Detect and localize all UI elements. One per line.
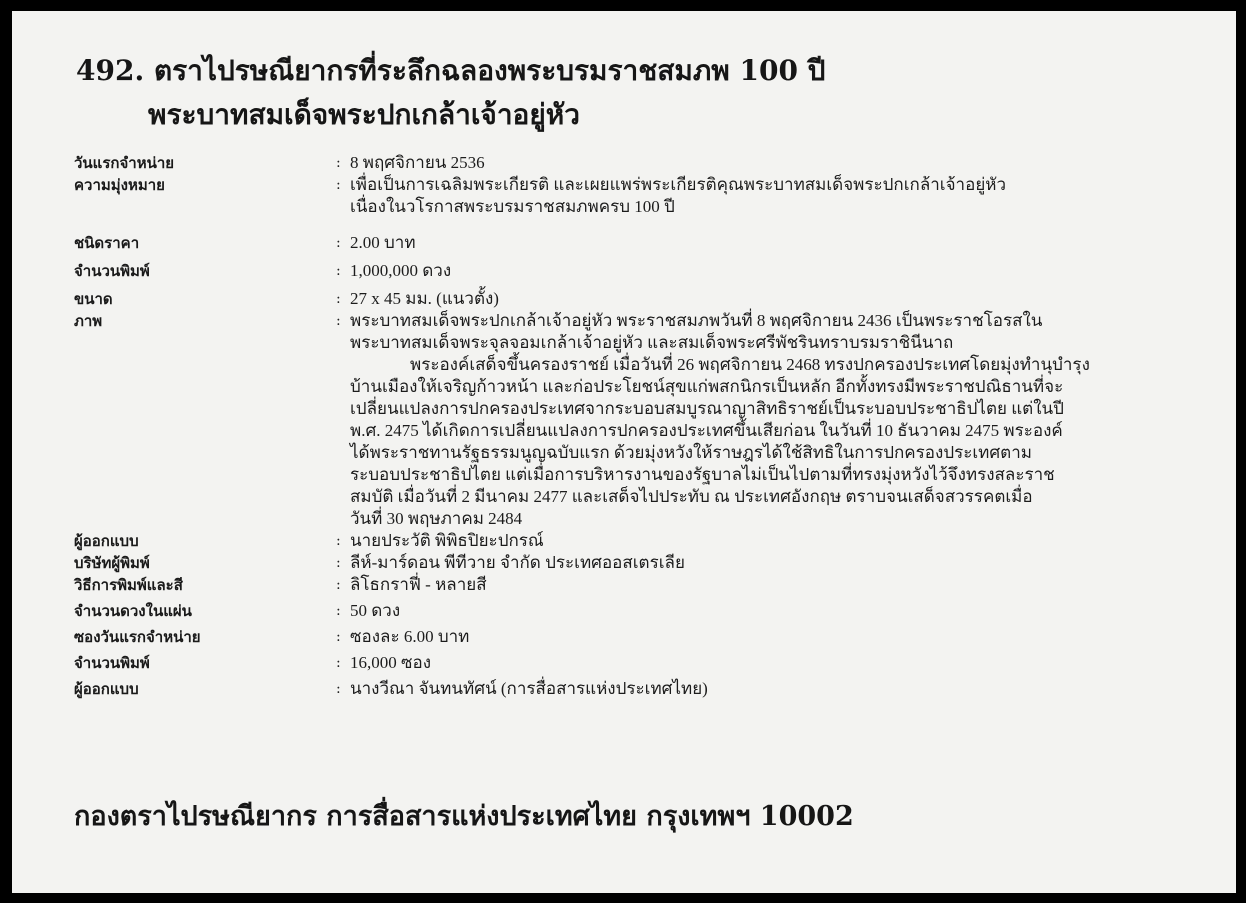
value-line: ได้พระราชทานรัฐธรรมนูญฉบับแรก ด้วยมุ่งหว… — [350, 442, 1194, 464]
field-value: ซองละ 6.00 บาท — [350, 626, 1194, 648]
field-label: ภาพ — [74, 310, 336, 332]
field-separator: : — [336, 678, 350, 700]
value-line: สมบัติ เมื่อวันที่ 2 มีนาคม 2477 และเสด็… — [350, 486, 1194, 508]
value-line: พ.ศ. 2475 ได้เกิดการเปลี่ยนแปลงการปกครอง… — [350, 420, 1194, 442]
field-label: ความมุ่งหมาย — [74, 174, 336, 196]
value-line: ลิโธกราฟี่ - หลายสี — [350, 574, 1194, 596]
value-line: พระบาทสมเด็จพระปกเกล้าเจ้าอยู่หัว พระราช… — [350, 310, 1194, 332]
value-line: วันที่ 30 พฤษภาคม 2484 — [350, 508, 1194, 530]
field-designer: ผู้ออกแบบ : นายประวัติ พิพิธปิยะปกรณ์ — [74, 530, 1194, 552]
field-value: 2.00 บาท — [350, 232, 1194, 254]
field-separator: : — [336, 652, 350, 674]
field-separator: : — [336, 232, 350, 254]
field-label: วิธีการพิมพ์และสี — [74, 574, 336, 596]
field-value: ลิโธกราฟี่ - หลายสี — [350, 574, 1194, 596]
value-line: บ้านเมืองให้เจริญก้าวหน้า และก่อประโยชน์… — [350, 376, 1194, 398]
field-label: ผู้ออกแบบ — [74, 530, 336, 552]
field-label: ผู้ออกแบบ — [74, 678, 336, 700]
value-line: 50 ดวง — [350, 600, 1194, 622]
field-separator: : — [336, 626, 350, 648]
field-separator: : — [336, 288, 350, 310]
value-line: ระบอบประชาธิปไตย แต่เมื่อการบริหารงานของ… — [350, 464, 1194, 486]
value-line: 1,000,000 ดวง — [350, 260, 1194, 282]
value-line: 2.00 บาท — [350, 232, 1194, 254]
field-value: นายประวัติ พิพิธปิยะปกรณ์ — [350, 530, 1194, 552]
field-separator: : — [336, 152, 350, 174]
title-line-2: พระบาทสมเด็จพระปกเกล้าเจ้าอยู่หัว — [76, 93, 825, 137]
field-label: จำนวนพิมพ์ — [74, 652, 336, 674]
value-line: 27 x 45 มม. (แนวตั้ง) — [350, 288, 1194, 310]
value-line: 8 พฤศจิกายน 2536 — [350, 152, 1194, 174]
publisher-footer: กองตราไปรษณียากร การสื่อสารแห่งประเทศไทย… — [74, 797, 854, 837]
field-value: ลีห์-มาร์ดอน พีทีวาย จำกัด ประเทศออสเตรเ… — [350, 552, 1194, 574]
value-line: นายประวัติ พิพิธปิยะปกรณ์ — [350, 530, 1194, 552]
value-line: เพื่อเป็นการเฉลิมพระเกียรติ และเผยแพร่พร… — [350, 174, 1194, 196]
field-separator: : — [336, 574, 350, 596]
field-value: 27 x 45 มม. (แนวตั้ง) — [350, 288, 1194, 310]
field-label: ขนาด — [74, 288, 336, 310]
field-printer: บริษัทผู้พิมพ์ : ลีห์-มาร์ดอน พีทีวาย จำ… — [74, 552, 1194, 574]
field-first-day-of-issue: วันแรกจำหน่าย : 8 พฤศจิกายน 2536 — [74, 152, 1194, 174]
field-design: ภาพ : พระบาทสมเด็จพระปกเกล้าเจ้าอยู่หัว … — [74, 310, 1194, 530]
value-line: เปลี่ยนแปลงการปกครองประเทศจากระบอบสมบูรณ… — [350, 398, 1194, 420]
field-label: จำนวนดวงในแผ่น — [74, 600, 336, 622]
value-line: นางวีณา จันทนทัศน์ (การสื่อสารแห่งประเทศ… — [350, 678, 1194, 700]
value-line: ซองละ 6.00 บาท — [350, 626, 1194, 648]
field-label: วันแรกจำหน่าย — [74, 152, 336, 174]
document-page: 492. ตราไปรษณียากรที่ระลึกฉลองพระบรมราชส… — [12, 11, 1236, 893]
field-separator: : — [336, 310, 350, 332]
value-line: พระบาทสมเด็จพระจุลจอมเกล้าเจ้าอยู่หัว แล… — [350, 332, 1194, 354]
stamp-details: วันแรกจำหน่าย : 8 พฤศจิกายน 2536 ความมุ่… — [74, 152, 1194, 700]
field-separator: : — [336, 260, 350, 282]
field-separator: : — [336, 530, 350, 552]
field-separator: : — [336, 174, 350, 196]
value-line: พระองค์เสด็จขึ้นครองราชย์ เมื่อวันที่ 26… — [350, 354, 1194, 376]
field-value: นางวีณา จันทนทัศน์ (การสื่อสารแห่งประเทศ… — [350, 678, 1194, 700]
field-value: 16,000 ซอง — [350, 652, 1194, 674]
value-line: เนื่องในวโรกาสพระบรมราชสมภพครบ 100 ปี — [350, 196, 1194, 218]
field-stamps-per-sheet: จำนวนดวงในแผ่น : 50 ดวง — [74, 600, 1194, 622]
page-title: 492. ตราไปรษณียากรที่ระลึกฉลองพระบรมราชส… — [76, 49, 825, 137]
field-cover-designer: ผู้ออกแบบ : นางวีณา จันทนทัศน์ (การสื่อส… — [74, 678, 1194, 700]
field-value: 50 ดวง — [350, 600, 1194, 622]
value-line: ลีห์-มาร์ดอน พีทีวาย จำกัด ประเทศออสเตรเ… — [350, 552, 1194, 574]
field-label: ซองวันแรกจำหน่าย — [74, 626, 336, 648]
field-separator: : — [336, 552, 350, 574]
field-quantity-printed: จำนวนพิมพ์ : 1,000,000 ดวง — [74, 260, 1194, 282]
field-value: 1,000,000 ดวง — [350, 260, 1194, 282]
field-denomination: ชนิดราคา : 2.00 บาท — [74, 232, 1194, 254]
field-purpose: ความมุ่งหมาย : เพื่อเป็นการเฉลิมพระเกียร… — [74, 174, 1194, 218]
field-label: จำนวนพิมพ์ — [74, 260, 336, 282]
field-printing-process: วิธีการพิมพ์และสี : ลิโธกราฟี่ - หลายสี — [74, 574, 1194, 596]
field-size: ขนาด : 27 x 45 มม. (แนวตั้ง) — [74, 288, 1194, 310]
field-covers-printed: จำนวนพิมพ์ : 16,000 ซอง — [74, 652, 1194, 674]
field-label: ชนิดราคา — [74, 232, 336, 254]
field-value: พระบาทสมเด็จพระปกเกล้าเจ้าอยู่หัว พระราช… — [350, 310, 1194, 530]
value-line: 16,000 ซอง — [350, 652, 1194, 674]
field-separator: : — [336, 600, 350, 622]
field-label: บริษัทผู้พิมพ์ — [74, 552, 336, 574]
field-value: เพื่อเป็นการเฉลิมพระเกียรติ และเผยแพร่พร… — [350, 174, 1194, 218]
title-line-1: 492. ตราไปรษณียากรที่ระลึกฉลองพระบรมราชส… — [76, 54, 825, 87]
field-value: 8 พฤศจิกายน 2536 — [350, 152, 1194, 174]
field-first-day-cover: ซองวันแรกจำหน่าย : ซองละ 6.00 บาท — [74, 626, 1194, 648]
